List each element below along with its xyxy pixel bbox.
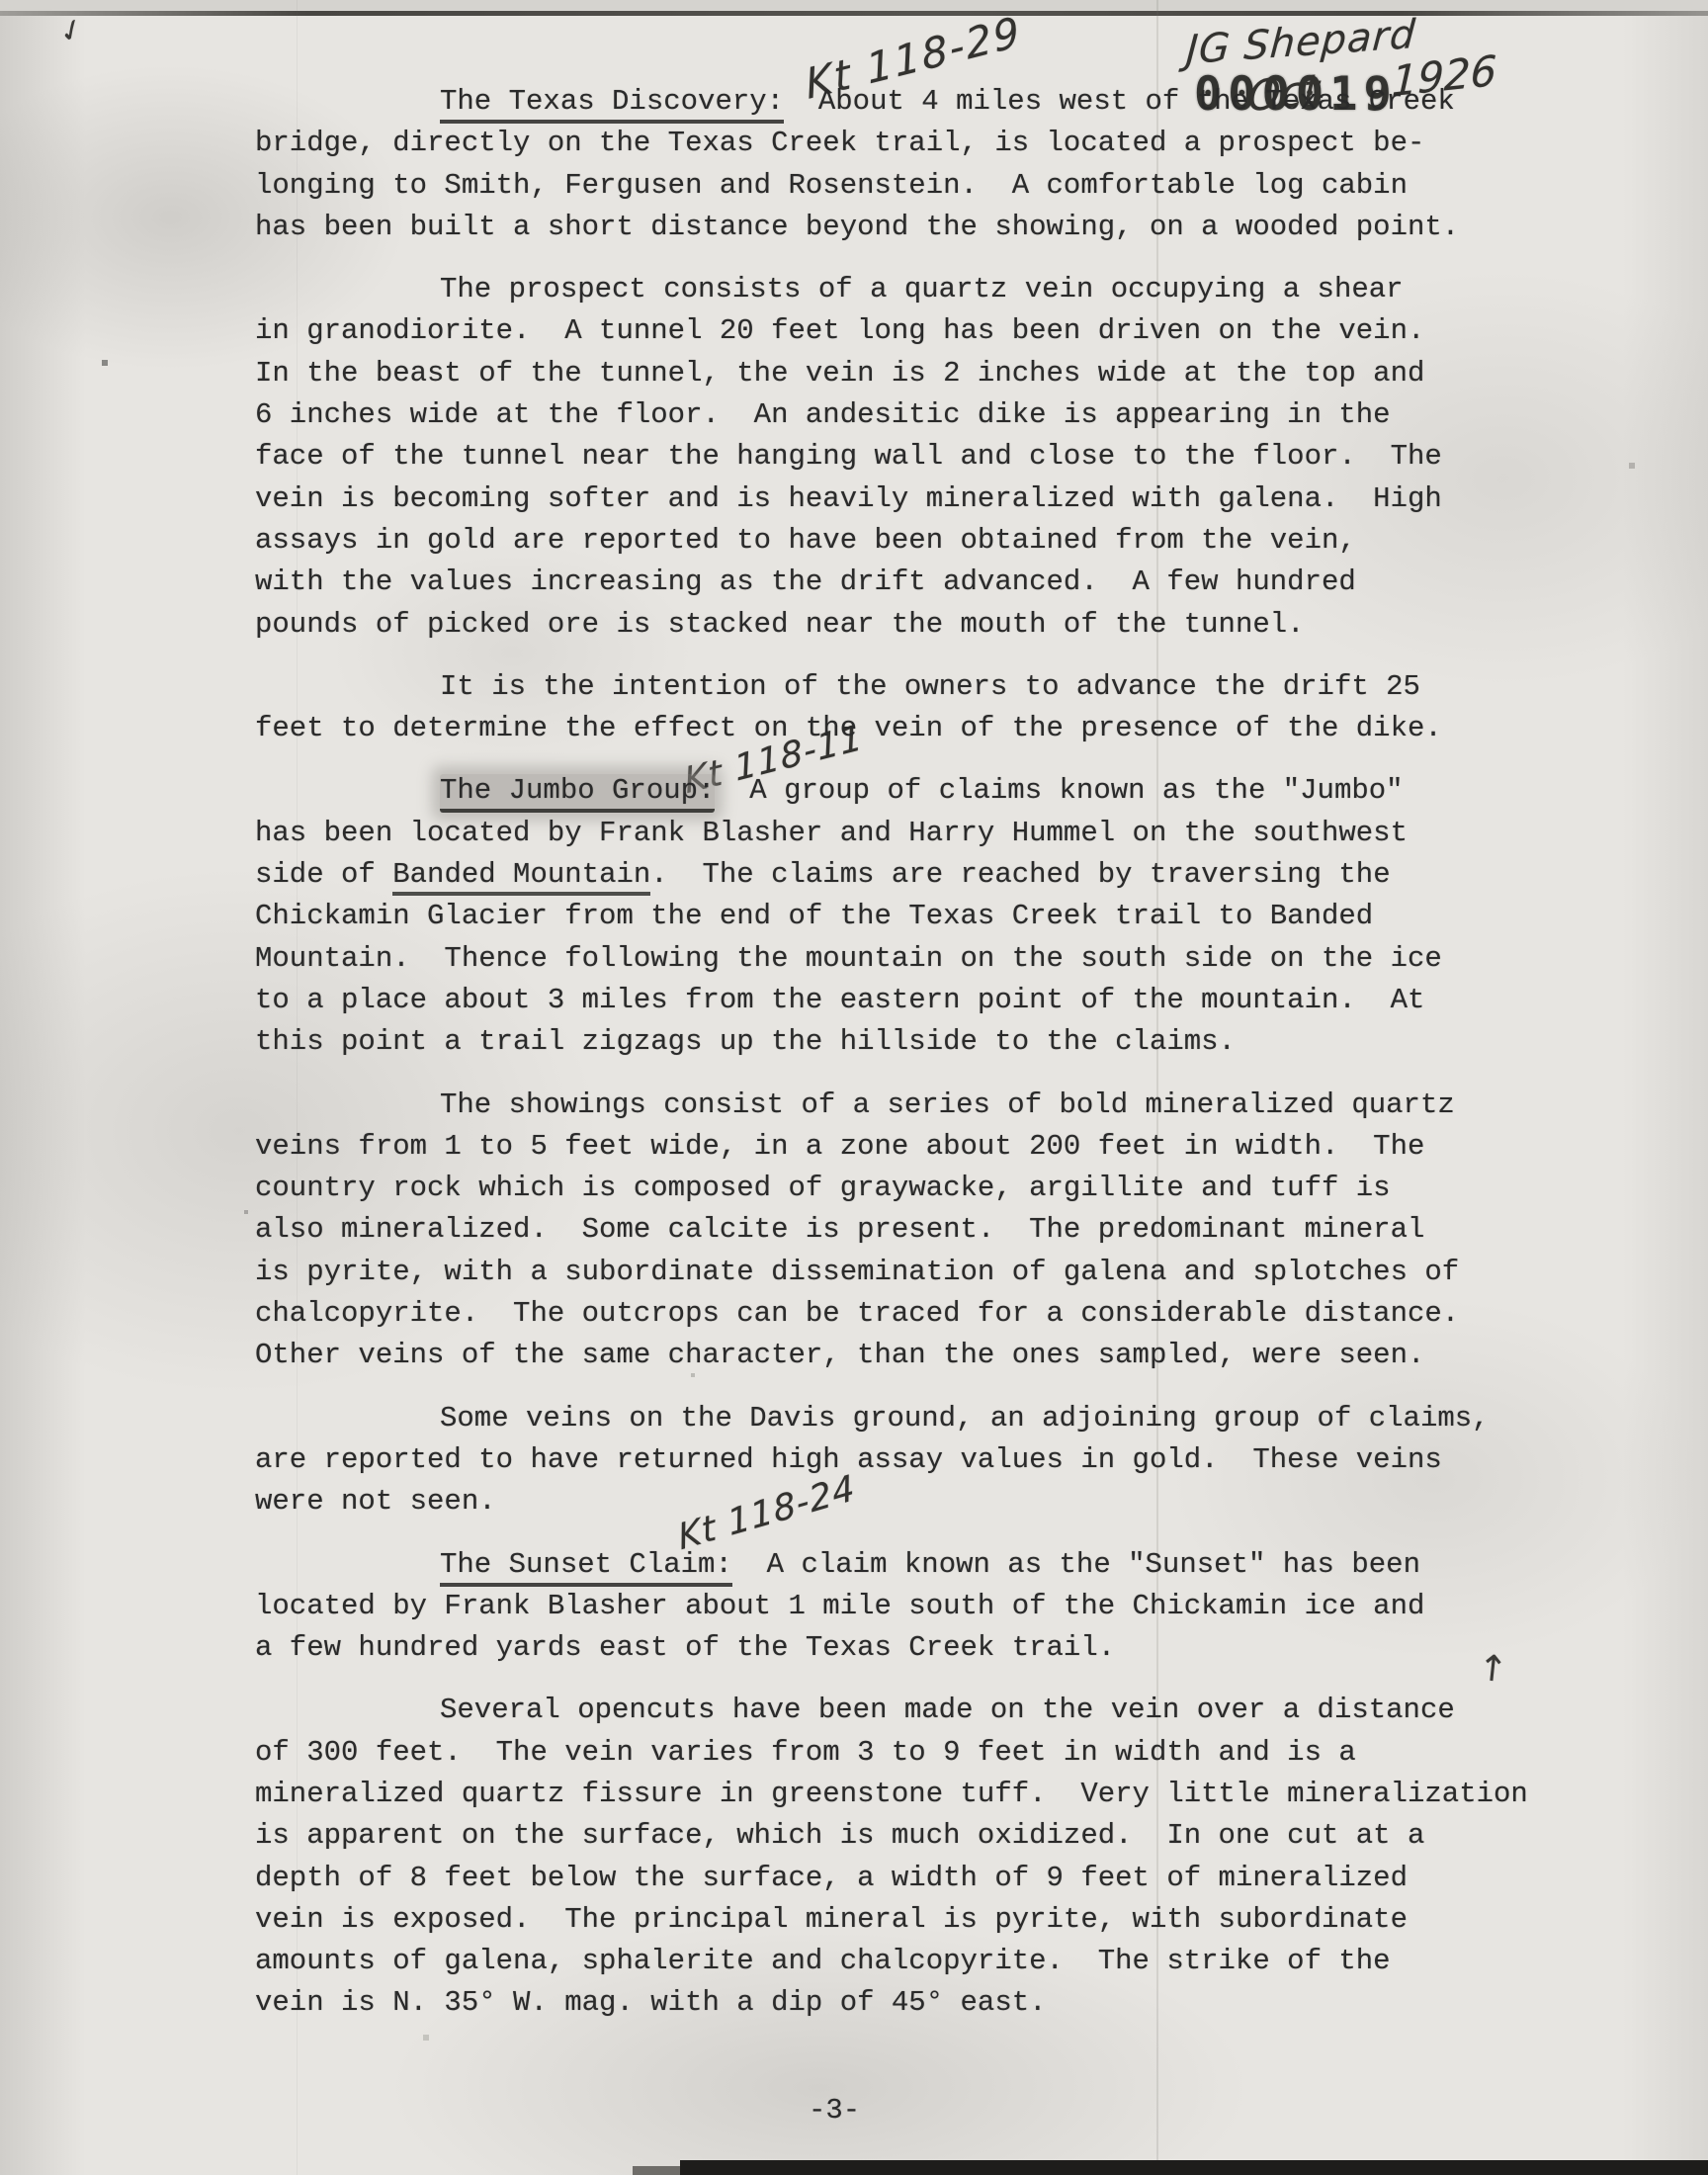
paragraph: Some veins on the Davis ground, an adjoi…: [255, 1398, 1599, 1523]
text-line: feet to determine the effect on the vein…: [255, 708, 1599, 749]
scanned-page: ✓ Kt 118-29 JG Shepard 000019 Oct 1926 K…: [0, 0, 1708, 2175]
text-line: Some veins on the Davis ground, an adjoi…: [255, 1398, 1599, 1439]
text-segment: Chickamin Glacier from the end of the Te…: [255, 900, 1373, 932]
text-segment: feet to determine the effect on the vein…: [255, 712, 1442, 744]
text-line: Other veins of the same character, than …: [255, 1335, 1599, 1376]
document-body: The Texas Discovery: About 4 miles west …: [255, 81, 1599, 2045]
text-line: are reported to have returned high assay…: [255, 1439, 1599, 1481]
scan-speckles: [0, 0, 2, 2]
text-line: vein is exposed. The principal mineral i…: [255, 1899, 1599, 1941]
text-line: veins from 1 to 5 feet wide, in a zone a…: [255, 1126, 1599, 1168]
text-segment: 6 inches wide at the floor. An andesitic…: [255, 398, 1391, 431]
text-segment: bridge, directly on the Texas Creek trai…: [255, 127, 1424, 159]
text-line: also mineralized. Some calcite is presen…: [255, 1209, 1599, 1251]
text-segment: The showings consist of a series of bold…: [440, 1088, 1455, 1121]
scan-top-haze: [0, 0, 1708, 11]
text-line: assays in gold are reported to have been…: [255, 520, 1599, 562]
text-segment: chalcopyrite. The outcrops can be traced…: [255, 1297, 1459, 1330]
text-line: Chickamin Glacier from the end of the Te…: [255, 896, 1599, 937]
text-segment: A group of claims known as the "Jumbo": [715, 774, 1403, 807]
text-segment: Other veins of the same character, than …: [255, 1339, 1424, 1371]
paragraph: The Jumbo Group: A group of claims known…: [255, 770, 1599, 1063]
text-line: this point a trail zigzags up the hillsi…: [255, 1021, 1599, 1063]
text-segment: were not seen.: [255, 1485, 496, 1518]
text-line: The Sunset Claim: A claim known as the "…: [255, 1544, 1599, 1586]
scan-top-edge: [0, 11, 1708, 16]
text-line: depth of 8 feet below the surface, a wid…: [255, 1858, 1599, 1899]
text-line: is apparent on the surface, which is muc…: [255, 1815, 1599, 1857]
text-line: has been located by Frank Blasher and Ha…: [255, 813, 1599, 854]
text-line: 6 inches wide at the floor. An andesitic…: [255, 394, 1599, 436]
text-line: of 300 feet. The vein varies from 3 to 9…: [255, 1732, 1599, 1774]
paragraph: The prospect consists of a quartz vein o…: [255, 269, 1599, 646]
text-line: were not seen.: [255, 1481, 1599, 1522]
text-segment: country rock which is composed of graywa…: [255, 1172, 1391, 1204]
scan-bottom-edge: [680, 2160, 1708, 2175]
checkmark-annotation: ✓: [53, 10, 90, 51]
text-line: In the beast of the tunnel, the vein is …: [255, 353, 1599, 394]
text-line: side of Banded Mountain. The claims are …: [255, 854, 1599, 896]
text-segment: in granodiorite. A tunnel 20 feet long h…: [255, 314, 1424, 347]
text-line: mineralized quartz fissure in greenstone…: [255, 1774, 1599, 1815]
text-segment: this point a trail zigzags up the hillsi…: [255, 1025, 1236, 1058]
paragraph: It is the intention of the owners to adv…: [255, 666, 1599, 750]
text-line: vein is becoming softer and is heavily m…: [255, 478, 1599, 520]
text-segment: assays in gold are reported to have been…: [255, 524, 1356, 557]
text-segment: is pyrite, with a subordinate disseminat…: [255, 1256, 1459, 1288]
text-segment: of 300 feet. The vein varies from 3 to 9…: [255, 1736, 1356, 1769]
text-segment: has been built a short distance beyond t…: [255, 211, 1459, 243]
text-segment: face of the tunnel near the hanging wall…: [255, 440, 1442, 473]
text-line: in granodiorite. A tunnel 20 feet long h…: [255, 310, 1599, 352]
text-line: chalcopyrite. The outcrops can be traced…: [255, 1293, 1599, 1335]
text-segment: has been located by Frank Blasher and Ha…: [255, 817, 1408, 849]
text-segment: mineralized quartz fissure in greenstone…: [255, 1778, 1528, 1810]
text-segment: pounds of picked ore is stacked near the…: [255, 608, 1305, 641]
text-segment: a few hundred yards east of the Texas Cr…: [255, 1631, 1115, 1664]
paragraph: The Sunset Claim: A claim known as the "…: [255, 1544, 1599, 1670]
text-segment: Some veins on the Davis ground, an adjoi…: [440, 1402, 1490, 1435]
text-line: The Jumbo Group: A group of claims known…: [255, 770, 1599, 812]
paragraph: The showings consist of a series of bold…: [255, 1085, 1599, 1377]
text-segment: are reported to have returned high assay…: [255, 1443, 1442, 1476]
text-line: face of the tunnel near the hanging wall…: [255, 436, 1599, 478]
text-line: bridge, directly on the Texas Creek trai…: [255, 123, 1599, 164]
text-segment: located by Frank Blasher about 1 mile so…: [255, 1590, 1424, 1622]
text-line: a few hundred yards east of the Texas Cr…: [255, 1627, 1599, 1669]
text-line: The prospect consists of a quartz vein o…: [255, 269, 1599, 310]
text-segment: also mineralized. Some calcite is presen…: [255, 1213, 1424, 1246]
text-line: longing to Smith, Fergusen and Rosenstei…: [255, 165, 1599, 207]
text-line: to a place about 3 miles from the easter…: [255, 980, 1599, 1021]
paragraph: Several opencuts have been made on the v…: [255, 1690, 1599, 2024]
text-segment: About 4 miles west of the Texas Creek: [784, 85, 1455, 118]
text-segment: A claim known as the "Sunset" has been: [732, 1548, 1420, 1581]
section-heading: The Jumbo Group:: [440, 774, 715, 813]
paragraph: The Texas Discovery: About 4 miles west …: [255, 81, 1599, 248]
text-segment: to a place about 3 miles from the easter…: [255, 984, 1424, 1016]
text-segment: Several opencuts have been made on the v…: [440, 1694, 1455, 1726]
text-line: It is the intention of the owners to adv…: [255, 666, 1599, 708]
text-line: located by Frank Blasher about 1 mile so…: [255, 1586, 1599, 1627]
text-segment: veins from 1 to 5 feet wide, in a zone a…: [255, 1130, 1424, 1163]
text-segment: Banded Mountain: [392, 858, 650, 896]
text-line: amounts of galena, sphalerite and chalco…: [255, 1941, 1599, 1982]
text-segment: vein is becoming softer and is heavily m…: [255, 482, 1442, 515]
text-segment: longing to Smith, Fergusen and Rosenstei…: [255, 169, 1408, 202]
text-line: vein is N. 35° W. mag. with a dip of 45°…: [255, 1982, 1599, 2024]
text-line: Several opencuts have been made on the v…: [255, 1690, 1599, 1731]
text-segment: In the beast of the tunnel, the vein is …: [255, 357, 1424, 390]
section-heading: The Sunset Claim:: [440, 1548, 732, 1587]
text-segment: is apparent on the surface, which is muc…: [255, 1819, 1424, 1852]
text-segment: amounts of galena, sphalerite and chalco…: [255, 1945, 1391, 1977]
text-line: with the values increasing as the drift …: [255, 562, 1599, 603]
text-segment: side of: [255, 858, 392, 891]
text-segment: It is the intention of the owners to adv…: [440, 670, 1420, 703]
text-segment: . The claims are reached by traversing t…: [650, 858, 1390, 891]
text-segment: The prospect consists of a quartz vein o…: [440, 273, 1404, 305]
text-segment: vein is exposed. The principal mineral i…: [255, 1903, 1408, 1936]
text-segment: depth of 8 feet below the surface, a wid…: [255, 1862, 1408, 1894]
text-line: has been built a short distance beyond t…: [255, 207, 1599, 248]
text-line: The showings consist of a series of bold…: [255, 1085, 1599, 1126]
text-line: The Texas Discovery: About 4 miles west …: [255, 81, 1599, 123]
text-segment: vein is N. 35° W. mag. with a dip of 45°…: [255, 1986, 1047, 2019]
text-line: pounds of picked ore is stacked near the…: [255, 604, 1599, 646]
text-line: country rock which is composed of graywa…: [255, 1168, 1599, 1209]
page-number: -3-: [809, 2094, 860, 2127]
text-segment: Mountain. Thence following the mountain …: [255, 942, 1442, 975]
text-segment: with the values increasing as the drift …: [255, 565, 1356, 598]
text-line: is pyrite, with a subordinate disseminat…: [255, 1252, 1599, 1293]
text-line: Mountain. Thence following the mountain …: [255, 938, 1599, 980]
section-heading: The Texas Discovery:: [440, 85, 784, 124]
